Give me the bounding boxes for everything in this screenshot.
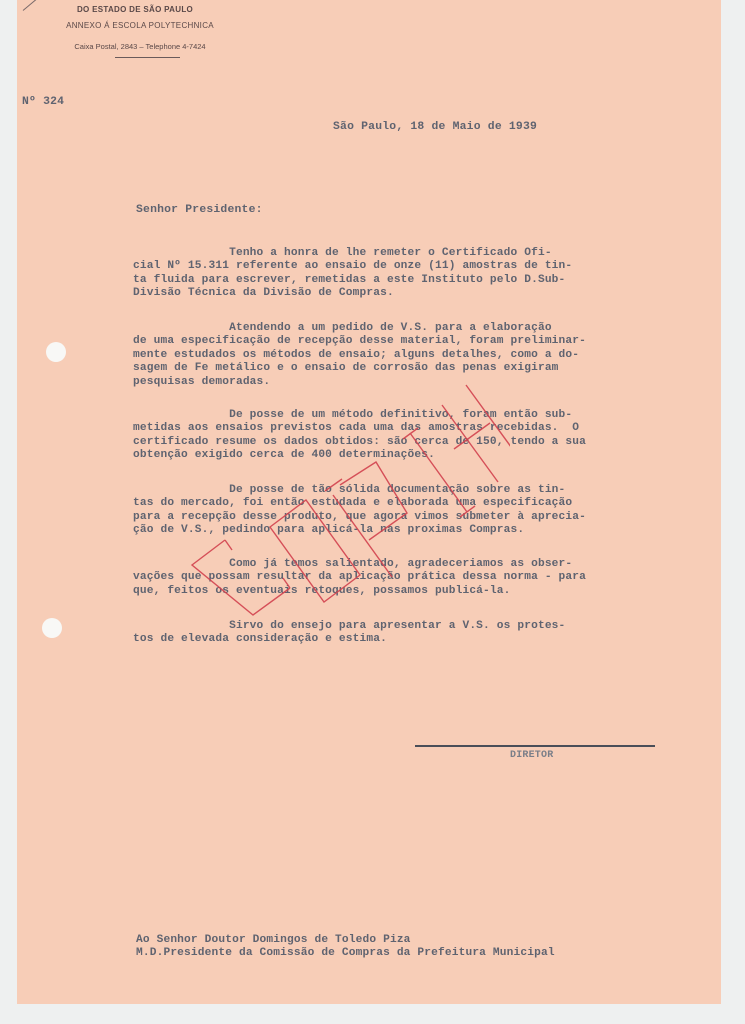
paragraph-1: Tenho a honra de lhe remeter o Certifica… (133, 247, 718, 301)
signature-line (415, 745, 655, 747)
letterhead-line-1: DO ESTADO DE SÃO PAULO (50, 5, 220, 14)
signature-title: DIRETOR (510, 749, 553, 763)
punch-hole (42, 618, 62, 638)
copia-stamp (170, 365, 510, 625)
salutation: Senhor Presidente: (136, 203, 263, 217)
letterhead-line-2: ANNEXO Á ESCOLA POLYTECHNICA (50, 21, 230, 30)
letterhead-contact: Caixa Postal, 2843 – Telephone 4-7424 (50, 42, 230, 51)
addressee-title: M.D.Presidente da Comissão de Compras da… (136, 947, 721, 960)
letter-number: Nº 324 (22, 95, 64, 109)
place-date: São Paulo, 18 de Maio de 1939 (333, 120, 537, 134)
punch-hole (46, 342, 66, 362)
letterhead-rule (115, 57, 180, 58)
addressee-name: Ao Senhor Doutor Domingos de Toledo Piza (136, 934, 721, 947)
